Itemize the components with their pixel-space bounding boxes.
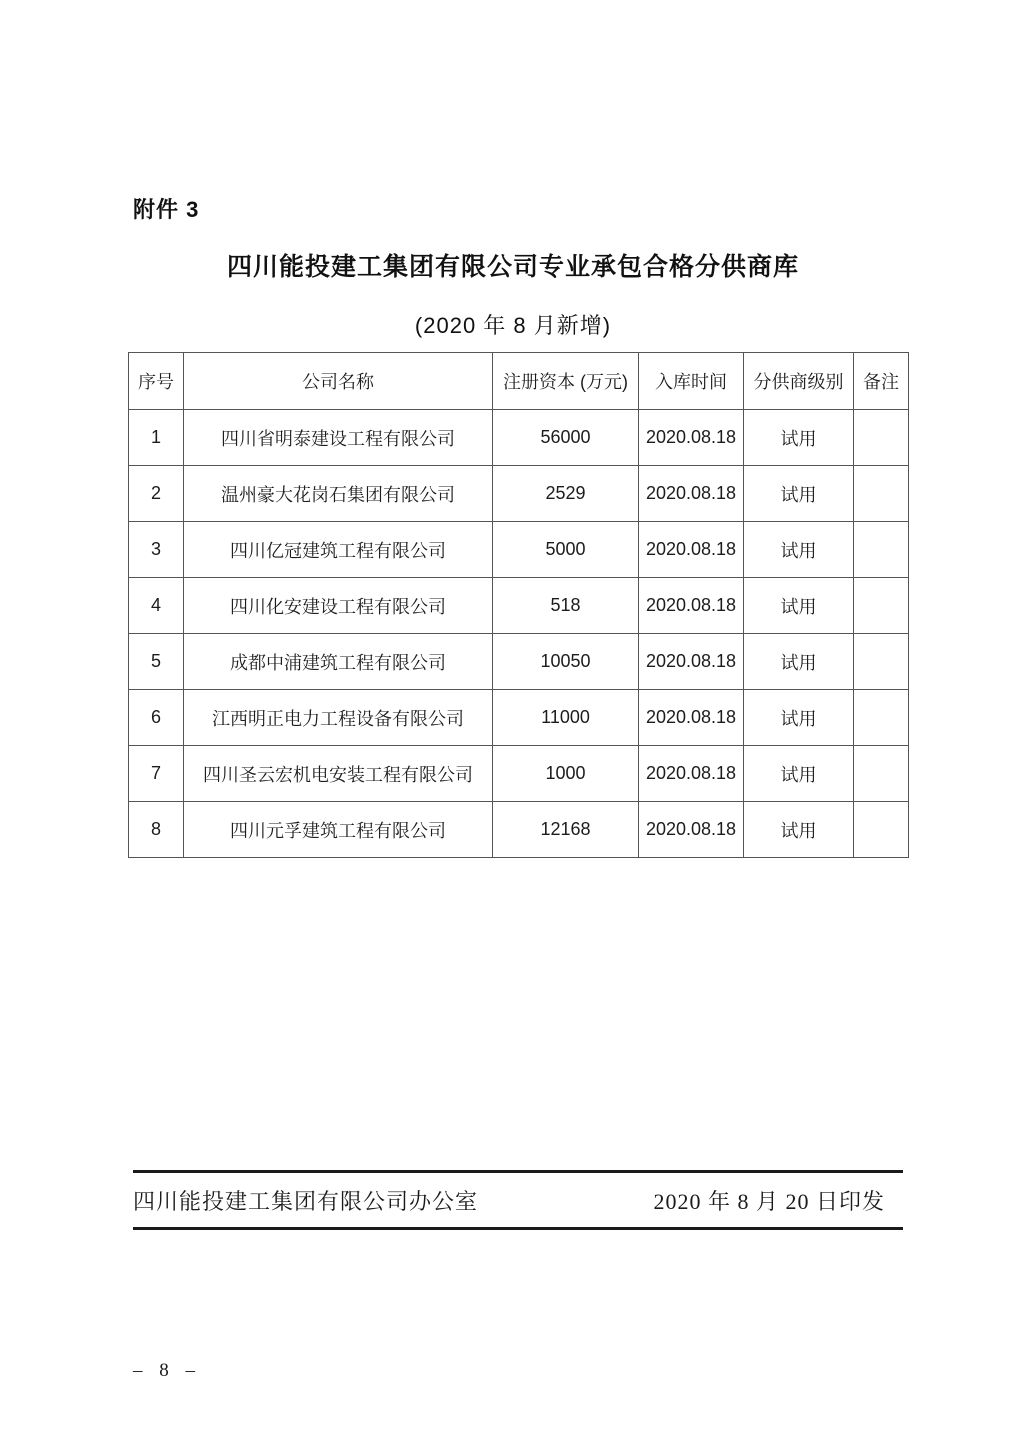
document-title: 四川能投建工集团有限公司专业承包合格分供商库 — [0, 247, 1026, 283]
cell-registered-capital: 12168 — [493, 802, 639, 858]
cell-company-name: 四川省明泰建设工程有限公司 — [184, 410, 493, 466]
cell-supplier-level: 试用 — [744, 746, 854, 802]
cell-supplier-level: 试用 — [744, 690, 854, 746]
document-subtitle: (2020 年 8 月新增) — [0, 309, 1026, 340]
table-row: 6 江西明正电力工程设备有限公司 11000 2020.08.18 试用 — [129, 690, 909, 746]
cell-supplier-level: 试用 — [744, 578, 854, 634]
cell-entry-date: 2020.08.18 — [639, 410, 744, 466]
cell-registered-capital: 1000 — [493, 746, 639, 802]
cell-supplier-level: 试用 — [744, 802, 854, 858]
cell-company-name: 温州豪大花岗石集团有限公司 — [184, 466, 493, 522]
cell-company-name: 四川亿冠建筑工程有限公司 — [184, 522, 493, 578]
cell-remark — [854, 746, 909, 802]
table-row: 2 温州豪大花岗石集团有限公司 2529 2020.08.18 试用 — [129, 466, 909, 522]
footer-print-date: 2020 年 8 月 20 日印发 — [653, 1185, 903, 1216]
cell-remark — [854, 634, 909, 690]
table-row: 7 四川圣云宏机电安装工程有限公司 1000 2020.08.18 试用 — [129, 746, 909, 802]
cell-remark — [854, 802, 909, 858]
header-registered-capital: 注册资本 (万元) — [493, 353, 639, 410]
cell-supplier-level: 试用 — [744, 466, 854, 522]
cell-company-name: 四川化安建设工程有限公司 — [184, 578, 493, 634]
supplier-table-header: 序号 公司名称 注册资本 (万元) 入库时间 分供商级别 备注 — [129, 353, 909, 410]
header-index: 序号 — [129, 353, 184, 410]
cell-index: 6 — [129, 690, 184, 746]
header-entry-date: 入库时间 — [639, 353, 744, 410]
cell-registered-capital: 11000 — [493, 690, 639, 746]
cell-supplier-level: 试用 — [744, 522, 854, 578]
cell-remark — [854, 578, 909, 634]
table-row: 5 成都中浦建筑工程有限公司 10050 2020.08.18 试用 — [129, 634, 909, 690]
cell-registered-capital: 5000 — [493, 522, 639, 578]
cell-index: 8 — [129, 802, 184, 858]
supplier-table-body: 1 四川省明泰建设工程有限公司 56000 2020.08.18 试用 2 温州… — [129, 410, 909, 858]
header-company-name: 公司名称 — [184, 353, 493, 410]
header-remark: 备注 — [854, 353, 909, 410]
page-number: – 8 – — [133, 1360, 201, 1382]
cell-company-name: 江西明正电力工程设备有限公司 — [184, 690, 493, 746]
cell-index: 1 — [129, 410, 184, 466]
cell-index: 7 — [129, 746, 184, 802]
cell-remark — [854, 410, 909, 466]
cell-registered-capital: 2529 — [493, 466, 639, 522]
cell-index: 3 — [129, 522, 184, 578]
cell-company-name: 四川圣云宏机电安装工程有限公司 — [184, 746, 493, 802]
table-row: 3 四川亿冠建筑工程有限公司 5000 2020.08.18 试用 — [129, 522, 909, 578]
cell-index: 5 — [129, 634, 184, 690]
table-row: 1 四川省明泰建设工程有限公司 56000 2020.08.18 试用 — [129, 410, 909, 466]
cell-entry-date: 2020.08.18 — [639, 522, 744, 578]
cell-registered-capital: 56000 — [493, 410, 639, 466]
cell-company-name: 四川元孚建筑工程有限公司 — [184, 802, 493, 858]
cell-supplier-level: 试用 — [744, 410, 854, 466]
document-page: 附件 3 四川能投建工集团有限公司专业承包合格分供商库 (2020 年 8 月新… — [0, 0, 1026, 1451]
cell-remark — [854, 466, 909, 522]
footer-rule-bottom — [133, 1227, 903, 1230]
cell-entry-date: 2020.08.18 — [639, 746, 744, 802]
cell-entry-date: 2020.08.18 — [639, 802, 744, 858]
table-row: 8 四川元孚建筑工程有限公司 12168 2020.08.18 试用 — [129, 802, 909, 858]
cell-remark — [854, 522, 909, 578]
cell-entry-date: 2020.08.18 — [639, 578, 744, 634]
cell-index: 4 — [129, 578, 184, 634]
table-row: 4 四川化安建设工程有限公司 518 2020.08.18 试用 — [129, 578, 909, 634]
footer: 四川能投建工集团有限公司办公室 2020 年 8 月 20 日印发 — [133, 1185, 903, 1216]
supplier-table: 序号 公司名称 注册资本 (万元) 入库时间 分供商级别 备注 1 四川省明泰建… — [128, 352, 909, 858]
header-row: 序号 公司名称 注册资本 (万元) 入库时间 分供商级别 备注 — [129, 353, 909, 410]
header-supplier-level: 分供商级别 — [744, 353, 854, 410]
footer-issuer: 四川能投建工集团有限公司办公室 — [133, 1185, 478, 1216]
cell-entry-date: 2020.08.18 — [639, 690, 744, 746]
cell-remark — [854, 690, 909, 746]
cell-registered-capital: 10050 — [493, 634, 639, 690]
cell-entry-date: 2020.08.18 — [639, 466, 744, 522]
cell-entry-date: 2020.08.18 — [639, 634, 744, 690]
attachment-label: 附件 3 — [133, 193, 199, 224]
footer-rule-top — [133, 1170, 903, 1173]
cell-company-name: 成都中浦建筑工程有限公司 — [184, 634, 493, 690]
cell-supplier-level: 试用 — [744, 634, 854, 690]
cell-registered-capital: 518 — [493, 578, 639, 634]
cell-index: 2 — [129, 466, 184, 522]
